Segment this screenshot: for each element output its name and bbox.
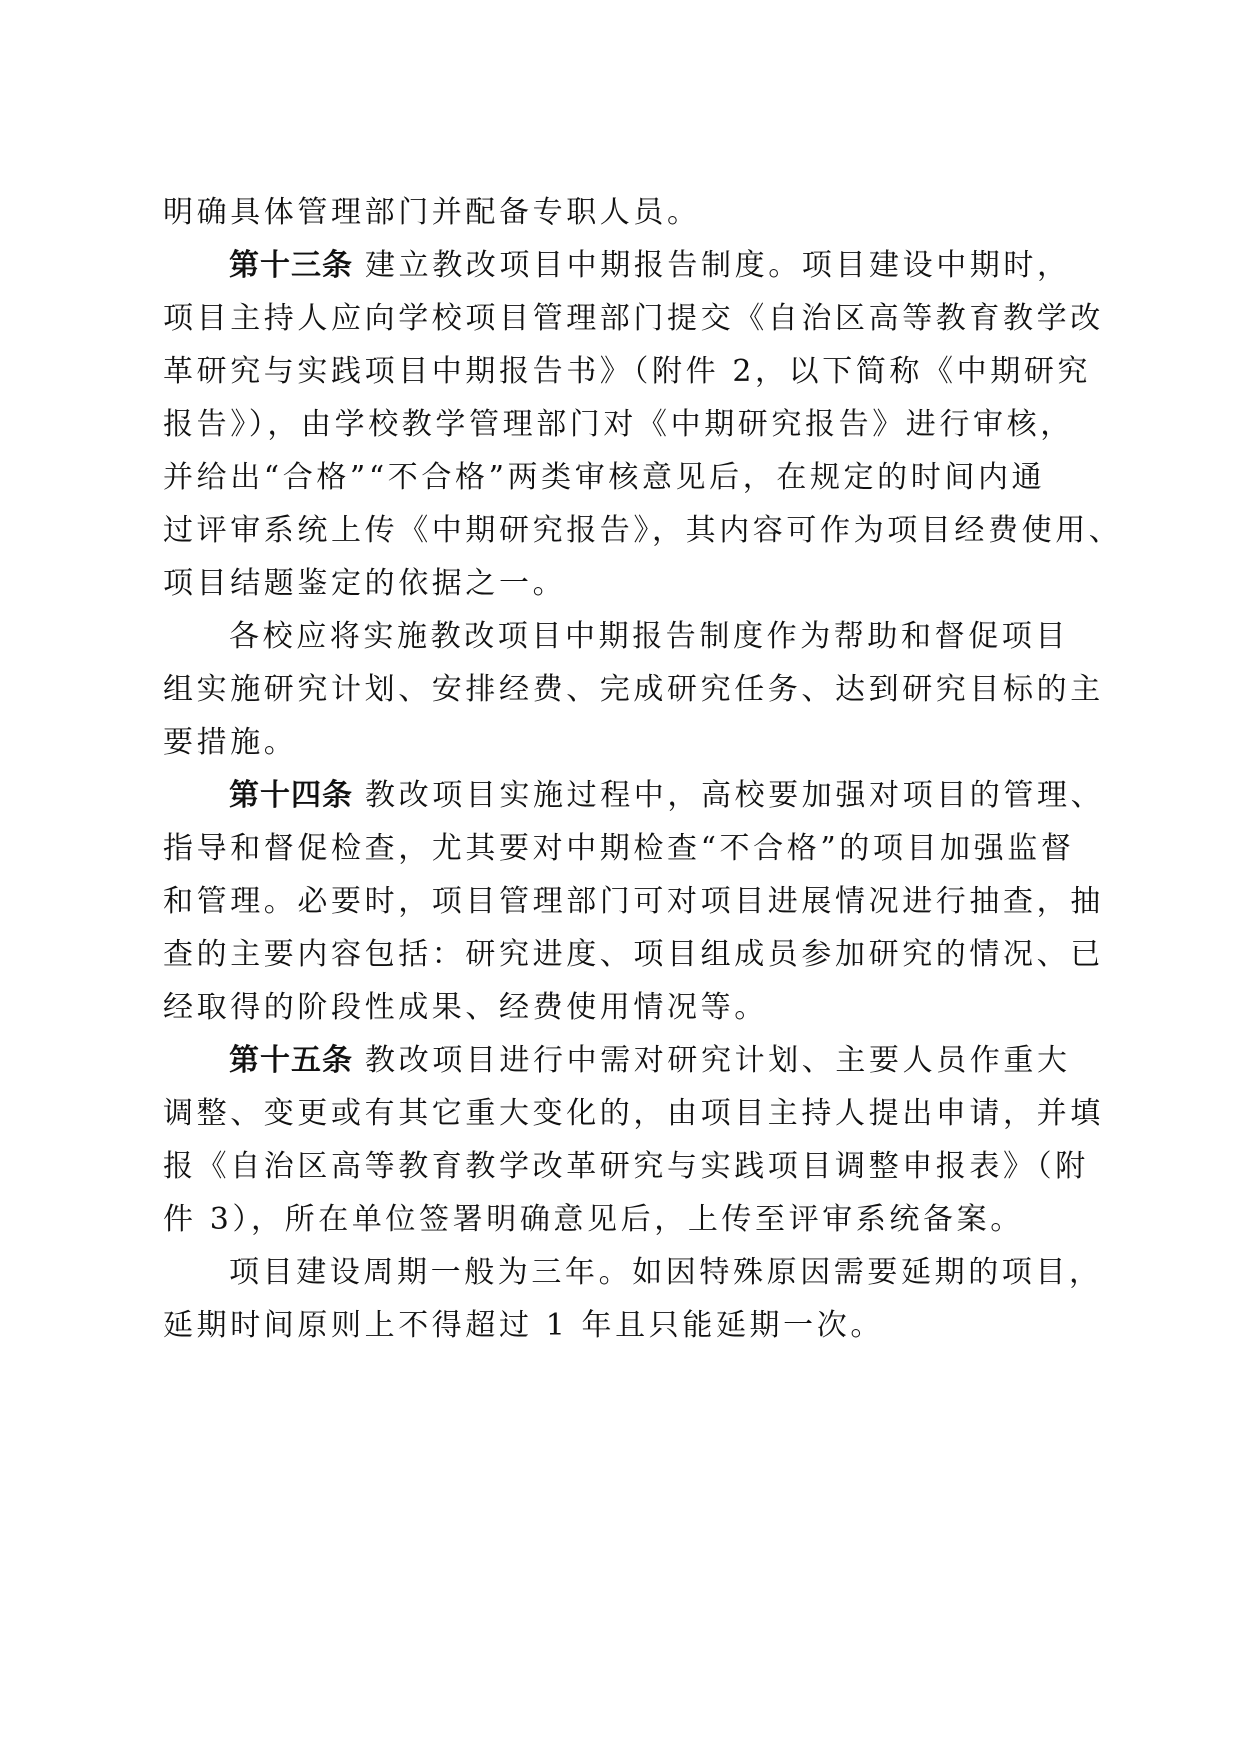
text-line: 革研究与实践项目中期报告书》（附件 2，以下简称《中期研究 — [163, 345, 968, 398]
text-line: 并给出“合格”“不合格”两类审核意见后，在规定的时间内通 — [163, 451, 968, 504]
text-line: 调整、变更或有其它重大变化的，由项目主持人提出申请，并填 — [163, 1087, 968, 1140]
text-line: 组实施研究计划、安排经费、完成研究任务、达到研究目标的主 — [163, 663, 968, 716]
article-number: 第十五条 — [229, 1043, 353, 1078]
text-line: 明确具体管理部门并配备专职人员。 — [163, 186, 968, 239]
text-line: 报《自治区高等教育教学改革研究与实践项目调整申报表》（附 — [163, 1140, 968, 1193]
text-line: 报告》），由学校教学管理部门对《中期研究报告》进行审核， — [163, 398, 968, 451]
text-line: 项目建设周期一般为三年。如因特殊原因需要延期的项目， — [163, 1246, 968, 1299]
article-text: 教改项目进行中需对研究计划、主要人员作重大 — [365, 1043, 1071, 1078]
text-line: 第十四条教改项目实施过程中，高校要加强对项目的管理、 — [163, 769, 968, 822]
document-page: 明确具体管理部门并配备专职人员。 第十三条建立教改项目中期报告制度。项目建设中期… — [163, 186, 968, 1352]
text-line: 和管理。必要时，项目管理部门可对项目进展情况进行抽查，抽 — [163, 875, 968, 928]
article-number: 第十四条 — [229, 778, 353, 813]
paragraph-midterm-measures: 各校应将实施教改项目中期报告制度作为帮助和督促项目 组实施研究计划、安排经费、完… — [163, 610, 968, 769]
article-13: 第十三条建立教改项目中期报告制度。项目建设中期时， 项目主持人应向学校项目管理部… — [163, 239, 968, 610]
text-line: 第十三条建立教改项目中期报告制度。项目建设中期时， — [163, 239, 968, 292]
text-line: 过评审系统上传《中期研究报告》，其内容可作为项目经费使用、 — [163, 504, 968, 557]
text-line: 项目结题鉴定的依据之一。 — [163, 557, 968, 610]
text-line: 第十五条教改项目进行中需对研究计划、主要人员作重大 — [163, 1034, 968, 1087]
article-text: 建立教改项目中期报告制度。项目建设中期时， — [365, 248, 1071, 283]
article-15: 第十五条教改项目进行中需对研究计划、主要人员作重大 调整、变更或有其它重大变化的… — [163, 1034, 968, 1246]
text-line: 要措施。 — [163, 716, 968, 769]
article-number: 第十三条 — [229, 248, 353, 283]
text-line: 件 3），所在单位签署明确意见后，上传至评审系统备案。 — [163, 1193, 968, 1246]
paragraph-continuation: 明确具体管理部门并配备专职人员。 — [163, 186, 968, 239]
text-line: 各校应将实施教改项目中期报告制度作为帮助和督促项目 — [163, 610, 968, 663]
text-line: 查的主要内容包括：研究进度、项目组成员参加研究的情况、已 — [163, 928, 968, 981]
article-text: 教改项目实施过程中，高校要加强对项目的管理、 — [365, 778, 1104, 813]
text-line: 指导和督促检查，尤其要对中期检查“不合格”的项目加强监督 — [163, 822, 968, 875]
text-line: 延期时间原则上不得超过 1 年且只能延期一次。 — [163, 1299, 968, 1352]
paragraph-project-period: 项目建设周期一般为三年。如因特殊原因需要延期的项目， 延期时间原则上不得超过 1… — [163, 1246, 968, 1352]
text-line: 经取得的阶段性成果、经费使用情况等。 — [163, 981, 968, 1034]
article-14: 第十四条教改项目实施过程中，高校要加强对项目的管理、 指导和督促检查，尤其要对中… — [163, 769, 968, 1034]
text-line: 项目主持人应向学校项目管理部门提交《自治区高等教育教学改 — [163, 292, 968, 345]
